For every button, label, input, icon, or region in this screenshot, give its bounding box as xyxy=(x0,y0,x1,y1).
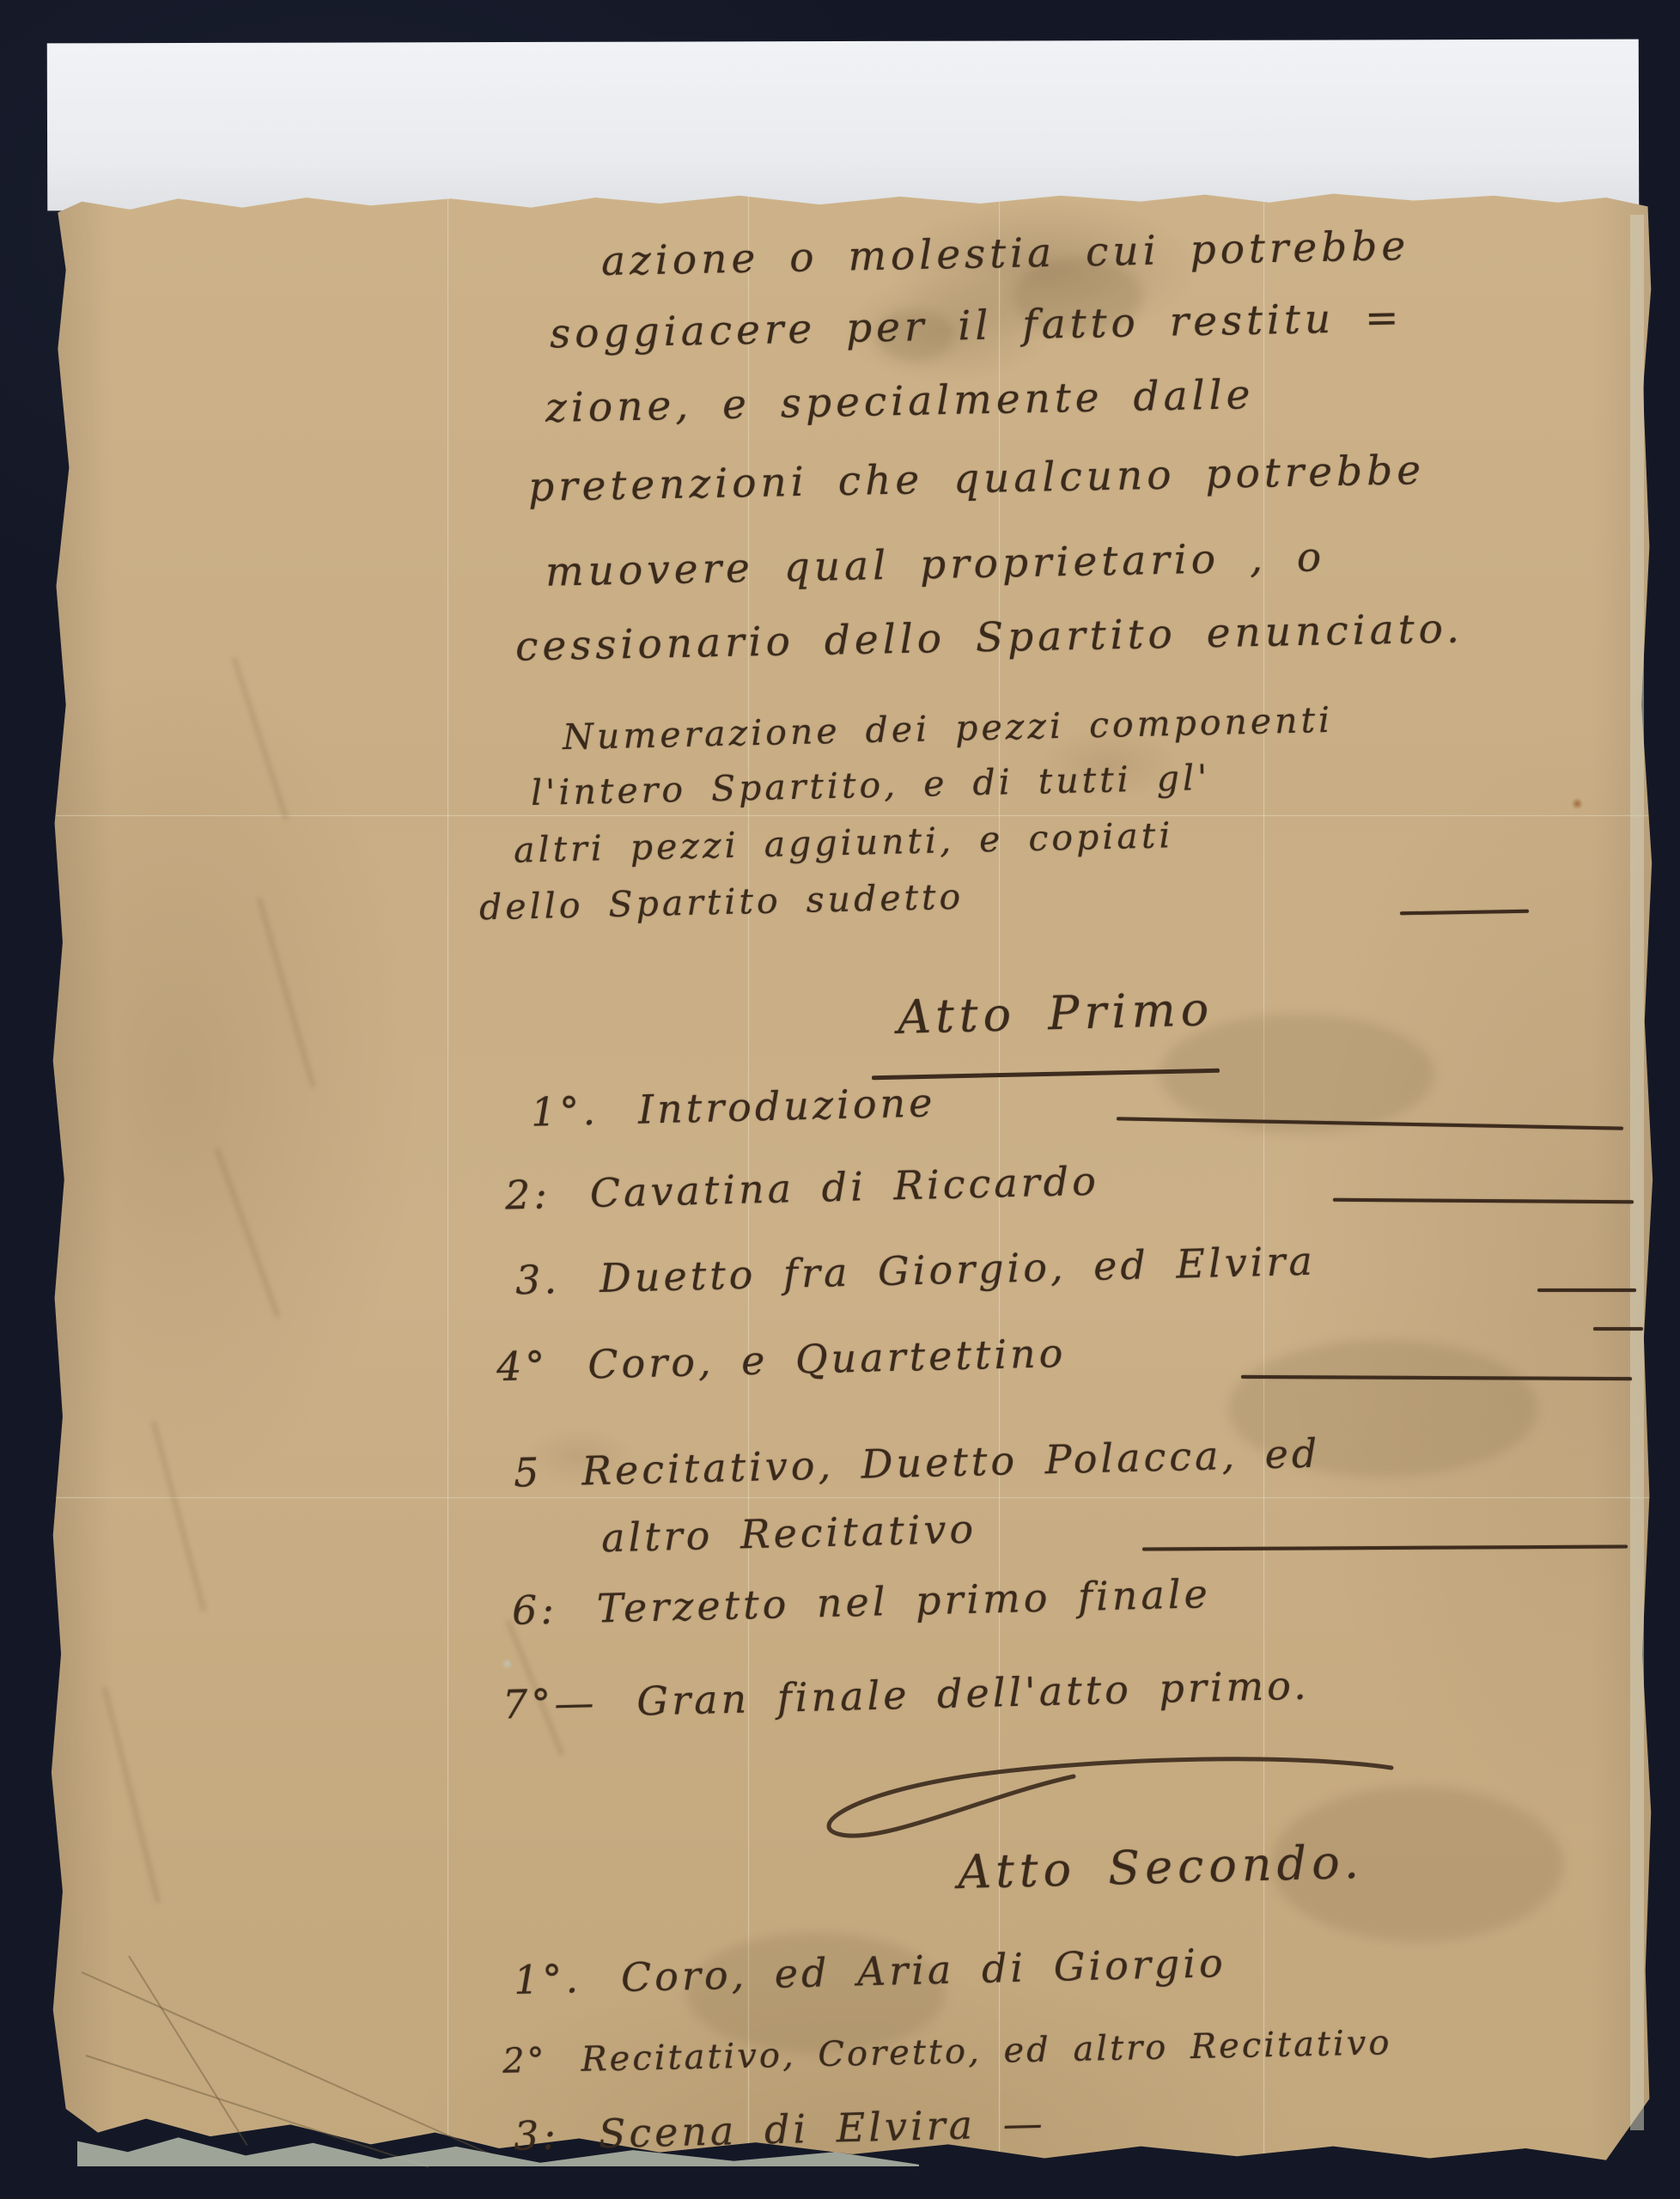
horizontal-crease xyxy=(50,1496,1654,1499)
item-number: 2: xyxy=(504,1171,551,1218)
item-number: 3. xyxy=(514,1256,560,1303)
item-number: 7°— xyxy=(502,1679,598,1728)
item-number: 3: xyxy=(513,2111,559,2159)
item-label: Introduzione xyxy=(637,1079,936,1132)
white-backing-sheet xyxy=(47,40,1640,211)
right-deckle-edge xyxy=(1630,215,1644,2130)
trailing-dash xyxy=(1593,1327,1643,1331)
flourish-underline xyxy=(790,1735,1409,1847)
item-number: 6: xyxy=(511,1587,557,1634)
vertical-crease xyxy=(447,191,449,2168)
trailing-dash xyxy=(1537,1288,1636,1292)
act1-item-5-continuation: altro Recitativo xyxy=(600,1506,977,1562)
item-number: 4° xyxy=(496,1343,549,1390)
item-number: 1°. xyxy=(530,1087,599,1136)
item-number: 1°. xyxy=(513,1955,581,2003)
horizontal-crease xyxy=(50,814,1654,817)
act2-heading: Atto Secondo. xyxy=(957,1835,1364,1899)
item-label: altro Recitativo xyxy=(600,1506,977,1562)
scanned-manuscript-page: azione o molestia cui potrebbe soggiacer… xyxy=(0,0,1680,2199)
act1-item-1: 1°.Introduzione xyxy=(530,1079,936,1136)
item-number: 5 xyxy=(513,1449,543,1496)
act1-heading: Atto Primo xyxy=(897,982,1214,1045)
item-number: 2° xyxy=(502,2041,547,2081)
